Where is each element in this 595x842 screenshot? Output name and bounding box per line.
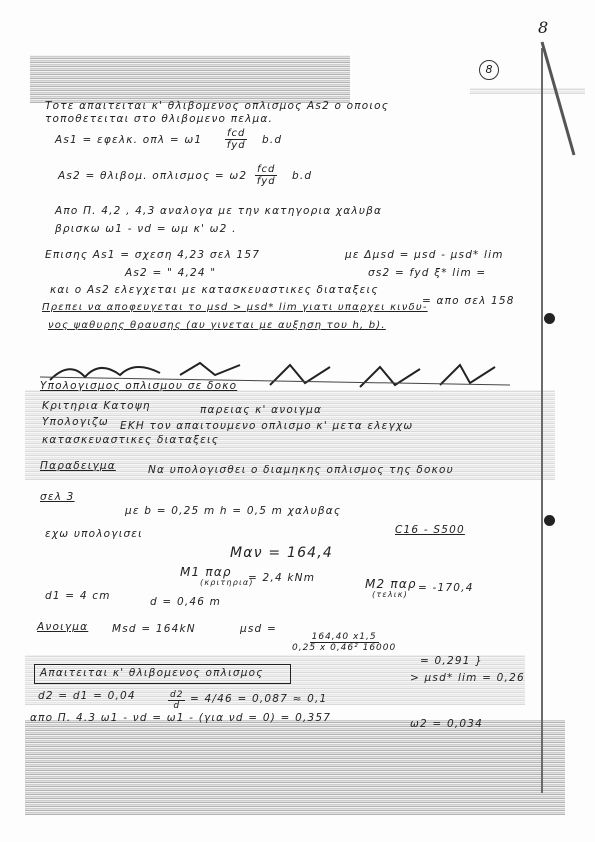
fraction-denominator: 0,25 x 0,46² 16000 [292, 643, 396, 653]
section-heading: Υπολογισμος οπλισμου σε δοκο [40, 380, 237, 392]
text-line: As2 = " 4,24 " [125, 267, 216, 279]
fraction-fcd-fyd: fcd fyd [225, 128, 247, 151]
scan-noise-bottom [25, 720, 565, 815]
text-line: τοποθετειται στο θλιβομενο πελμα. [45, 113, 273, 125]
text-line: d2 = d1 = 0,04 [38, 690, 136, 702]
text-line: κατασκευαστικες διαταξεις [42, 434, 219, 446]
fraction-denominator: d [173, 701, 180, 711]
text-line: εχω υπολογισει [45, 528, 143, 540]
fraction-fcd-fyd: fcd fyd [255, 164, 277, 187]
fraction-numerator: fcd [225, 128, 247, 140]
text-line: Πρεπει να αποφευγεται το μsd > μsd* lim … [42, 302, 428, 313]
text-line: απο Π. 4.3 ω1 - νd = ω1 - (για νd = 0) =… [30, 712, 331, 724]
text-line: παρειας κ' ανοιγμα [200, 404, 322, 416]
text-line: = 0,291 } [420, 655, 483, 667]
text-line: με b = 0,25 m h = 0,5 m χαλυβας [125, 505, 341, 517]
fraction-denominator: fyd [257, 176, 276, 187]
text-line: βρισκω ω1 - νd = ωμ κ' ω2 . [55, 223, 237, 235]
moment-2-sub: (τελικ) [372, 590, 408, 599]
fraction-msd: 164,40 x1,5 0,25 x 0,46² 16000 [292, 632, 396, 653]
formula-as2: As2 = θλιβομ. οπλισμος = ω2 [58, 170, 247, 182]
text-line: Απαιτειται κ' θλιβομενος οπλισμος [40, 667, 264, 679]
material-spec: C16 - S500 [395, 524, 465, 536]
moment-1: M1 παρ [180, 565, 232, 579]
fraction-denominator: fyd [227, 140, 246, 151]
moment-1-sub: (κριτηρια) [200, 578, 254, 587]
moment-2-value: = -170,4 [418, 582, 474, 594]
moment-2: M2 παρ [365, 577, 417, 591]
text-line: και ο As2 ελεγχεται με κατασκευαστικες δ… [50, 284, 379, 296]
scan-noise-top [30, 55, 350, 103]
text-line: Να υπολογισθει ο διαμηκης οπλισμος της δ… [148, 464, 454, 476]
text-line: = 4/46 = 0,087 ≈ 0,1 [190, 693, 327, 705]
hole-punch-bottom [544, 515, 555, 526]
formula-as1: As1 = εφελκ. οπλ = ω1 [55, 134, 202, 146]
scanned-page: 8 8 Τοτε απαιτειται κ' θλιβομενος οπλισμ… [0, 0, 595, 842]
text-line: νος ψαθυρης θραυσης (αυ γινεται με αυξησ… [48, 320, 386, 331]
corner-page-number: 8 [538, 18, 548, 37]
hole-punch-top [544, 313, 555, 324]
formula-as2-tail: b.d [292, 170, 312, 182]
formula-as1-tail: b.d [262, 134, 282, 146]
circled-page-number: 8 [479, 60, 499, 80]
margin-slash [540, 40, 580, 160]
fraction-numerator: 164,40 x1,5 [310, 632, 379, 643]
moment-span: Μαν = 164,4 [230, 545, 333, 561]
text-line: ω2 = 0,034 [410, 718, 483, 730]
example-heading: Παραδειγμα [40, 460, 116, 472]
text-line: = απο σελ 158 [422, 295, 515, 307]
text-line: με Δμsd = μsd - μsd* lim [345, 249, 504, 261]
text-line: Υπολογιζω [42, 416, 109, 428]
text-line: > μsd* lim = 0,26 [410, 672, 525, 684]
moment-1-value: = 2,4 kNm [248, 572, 315, 584]
text-line: Τοτε απαιτειται κ' θλιβομενος οπλισμος A… [45, 100, 389, 112]
text-line: Κριτηρια Κατοψη [42, 400, 151, 412]
text-line: σs2 = fyd ξ* lim = [368, 267, 486, 279]
text-line: μsd = [240, 623, 277, 635]
fraction-d2-d: d2 d [168, 690, 185, 711]
text-line: Επισης As1 = σχεση 4,23 σελ 157 [45, 249, 260, 261]
text-line: d1 = 4 cm [45, 590, 111, 602]
text-line: Msd = 164kN [112, 623, 196, 635]
span-heading: Ανοιγμα [37, 621, 88, 633]
fraction-numerator: fcd [255, 164, 277, 176]
text-line: Απο Π. 4,2 , 4,3 αναλογα με την κατηγορι… [55, 205, 382, 217]
text-line: ΕΚΗ τον απαιτουμενο οπλισμο κ' μετα ελεγ… [120, 420, 413, 432]
text-line: d = 0,46 m [150, 596, 221, 608]
text-line: σελ 3 [40, 491, 75, 503]
fraction-numerator: d2 [168, 690, 185, 701]
